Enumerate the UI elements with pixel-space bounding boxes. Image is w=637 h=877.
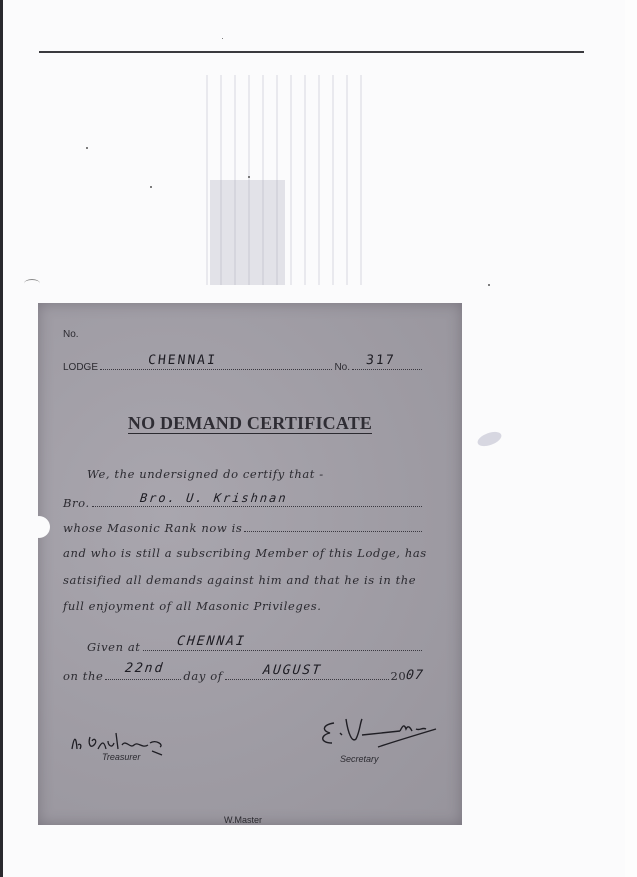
month-field: AUGUST: [225, 678, 389, 680]
privileges-text: full enjoyment of all Masonic Privileges…: [63, 599, 322, 613]
certify-text: We, the undersigned do certify that -: [87, 467, 324, 481]
day-field: 22nd: [105, 678, 181, 680]
rank-label: whose Masonic Rank now is: [63, 521, 242, 535]
given-at-label: Given at: [87, 640, 141, 654]
no-demand-certificate: No. LODGE CHENNAI No. 317 NO DEMAND CERT…: [38, 303, 462, 825]
scan-left-edge: [0, 0, 3, 877]
date-row: on the 22nd day of AUGUST 2007: [63, 668, 424, 683]
certificate-number-label: No.: [63, 329, 79, 340]
lodge-no-value: 317: [365, 353, 396, 368]
lodge-no-label: No.: [334, 362, 350, 373]
rank-field: [244, 530, 422, 532]
on-the-label: on the: [63, 669, 103, 683]
certificate-number-row: No.: [63, 329, 424, 340]
privileges-line: full enjoyment of all Masonic Privileges…: [63, 599, 424, 613]
secretary-label: Secretary: [340, 754, 379, 764]
speck: [222, 38, 223, 39]
bro-field: Bro. U. Krishnan: [92, 505, 422, 507]
rank-row: whose Masonic Rank now is: [63, 521, 424, 535]
given-at-row: Given at CHENNAI: [87, 640, 424, 654]
speck: [248, 176, 250, 178]
lodge-label: LODGE: [63, 362, 98, 373]
member-line: and who is still a subscribing Member of…: [63, 546, 424, 560]
lodge-row: LODGE CHENNAI No. 317: [63, 362, 424, 373]
member-text: and who is still a subscribing Member of…: [63, 546, 427, 560]
top-rule-line: [39, 51, 584, 53]
paper-curl-mark: [24, 279, 40, 288]
lodge-value: CHENNAI: [147, 353, 217, 368]
month-value: AUGUST: [262, 663, 323, 678]
worshipful-master-label: W.Master: [224, 815, 262, 825]
year-prefix: 20: [391, 669, 407, 683]
lodge-field: CHENNAI: [100, 368, 332, 370]
bro-label: Bro.: [63, 496, 90, 510]
given-at-field: CHENNAI: [143, 649, 422, 651]
secretary-signature: [316, 713, 456, 753]
day-value: 22nd: [125, 661, 166, 676]
speck: [150, 186, 152, 188]
speck: [86, 147, 88, 149]
bro-value: Bro. U. Krishnan: [139, 491, 288, 505]
certificate-title: NO DEMAND CERTIFICATE: [38, 413, 462, 434]
scan-right-edge: [625, 0, 637, 877]
day-of-label: day of: [183, 669, 222, 683]
year-suffix: 07: [406, 668, 425, 683]
lodge-no-field: 317: [352, 368, 422, 370]
bro-row: Bro. Bro. U. Krishnan: [63, 496, 424, 510]
punch-hole: [28, 516, 50, 538]
demands-text: satisified all demands against him and t…: [63, 573, 416, 587]
bleed-through-block: [210, 180, 285, 285]
certificate-title-text: NO DEMAND CERTIFICATE: [128, 413, 372, 434]
ink-smudge: [476, 429, 504, 449]
demands-line: satisified all demands against him and t…: [63, 573, 424, 587]
certify-line: We, the undersigned do certify that -: [87, 467, 424, 481]
speck: [488, 284, 490, 286]
treasurer-label: Treasurer: [102, 752, 140, 762]
given-at-value: CHENNAI: [176, 634, 246, 649]
